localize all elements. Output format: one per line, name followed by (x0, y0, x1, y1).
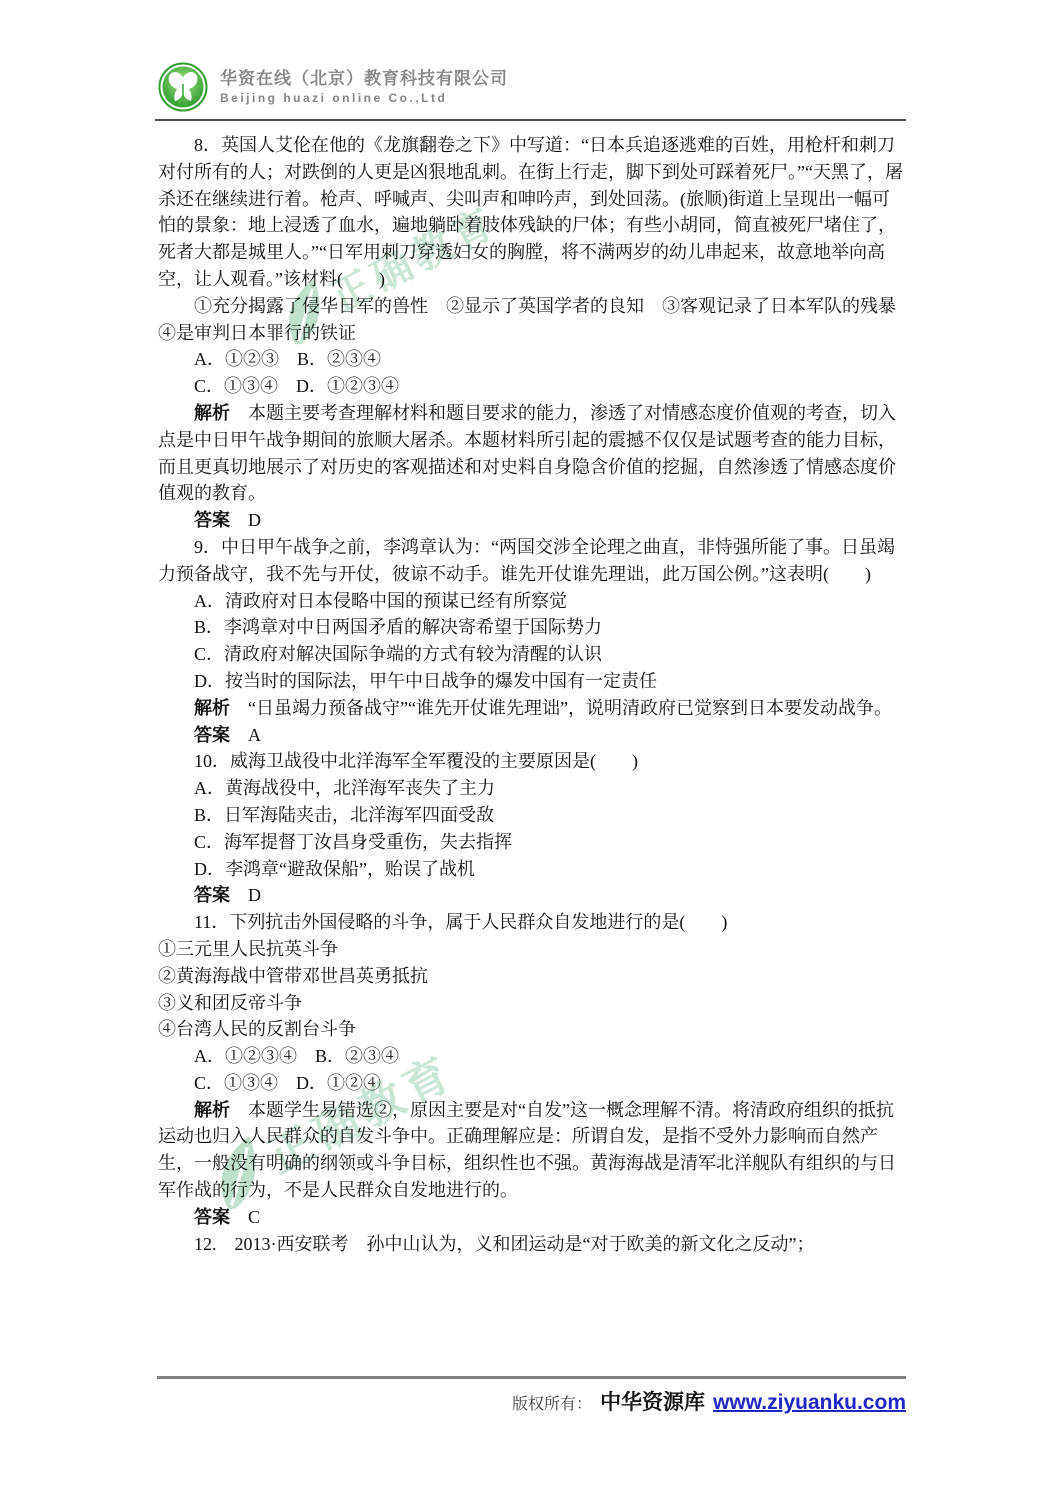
question-9-choice-b: B．李鸿章对中日两国矛盾的解决寄希望于国际势力 (158, 614, 906, 641)
question-10-choice-d: D．李鸿章“避敌保船”，贻误了战机 (158, 856, 906, 883)
header: 华资在线（北京）教育科技有限公司 Beijing huazi online Co… (158, 62, 508, 112)
paragraph-text: 本题学生易错选②，原因主要是对“自发”这一概念理解不清。将清政府组织的抵抗运动也… (158, 1100, 896, 1200)
question-9-choice-c: C．清政府对解决国际争端的方式有较为清醒的认识 (158, 641, 906, 668)
paragraph-label: 答案 (194, 885, 230, 905)
question-9-stem: 9．中日甲午战争之前，李鸿章认为：“两国交涉全论理之曲直，非恃强所能了事。日虽竭… (158, 534, 906, 588)
question-10-choice-b: B．日军海陆夹击，北洋海军四面受敌 (158, 802, 906, 829)
huazi-logo-icon (158, 62, 208, 112)
paragraph-label: 解析 (194, 1100, 230, 1120)
paragraph-label: 答案 (194, 1207, 230, 1227)
question-11-analysis: 解析 本题学生易错选②，原因主要是对“自发”这一概念理解不清。将清政府组织的抵抗… (158, 1097, 906, 1204)
header-divider (155, 119, 906, 121)
footer-divider (157, 1376, 906, 1379)
ziyuanku-link[interactable]: www.ziyuanku.com (713, 1391, 906, 1415)
paragraph-text: D (230, 885, 261, 905)
question-11-item-1: ①三元里人民抗英斗争 (158, 936, 906, 963)
paragraph-label: 解析 (194, 698, 230, 718)
question-11-choices-ab: A．①②③④ B．②③④ (158, 1043, 906, 1070)
question-11-choices-cd: C．①③④ D．①②④ (158, 1070, 906, 1097)
question-10-choice-a: A．黄海战役中，北洋海军丧失了主力 (158, 775, 906, 802)
company-name-block: 华资在线（北京）教育科技有限公司 Beijing huazi online Co… (220, 68, 508, 106)
question-11-item-4: ④台湾人民的反割台斗争 (158, 1016, 906, 1043)
question-10-stem: 10．威海卫战役中北洋海军全军覆没的主要原因是( ) (158, 748, 906, 775)
question-10-answer: 答案 D (158, 882, 906, 909)
document-page: 华资在线（北京）教育科技有限公司 Beijing huazi online Co… (0, 0, 1058, 1497)
footer: 版权所有： 中华资源库 www.ziyuanku.com (512, 1386, 906, 1416)
paragraph-text: “日虽竭力预备战守”“谁先开仗谁先理诎”，说明清政府已觉察到日本要发动战争。 (230, 698, 892, 718)
question-9-answer: 答案 A (158, 722, 906, 749)
question-8-analysis: 解析 本题主要考查理解材料和题目要求的能力，渗透了对情感态度价值观的考查，切入点… (158, 400, 906, 507)
question-9-choice-a: A．清政府对日本侵略中国的预谋已经有所察觉 (158, 588, 906, 615)
question-11-stem: 11．下列抗击外国侵略的斗争，属于人民群众自发地进行的是( ) (158, 909, 906, 936)
question-11-item-2: ②黄海海战中管带邓世昌英勇抵抗 (158, 963, 906, 990)
question-11-item-3: ③义和团反帝斗争 (158, 990, 906, 1017)
question-8-choices-ab: A．①②③ B．②③④ (158, 346, 906, 373)
copyright-label: 版权所有： (512, 1391, 592, 1414)
company-name-cn: 华资在线（北京）教育科技有限公司 (220, 68, 508, 90)
paragraph-label: 答案 (194, 725, 230, 745)
question-12-stem: 12. 2013·西安联考 孙中山认为，义和团运动是“对于欧美的新文化之反动”； (158, 1231, 906, 1258)
question-10-choice-c: C．海军提督丁汝昌身受重伤，失去指挥 (158, 829, 906, 856)
paragraph-label: 解析 (194, 403, 230, 423)
paragraph-text: D (230, 510, 261, 530)
document-body: 8．英国人艾伦在他的《龙旗翻卷之下》中写道：“日本兵追逐逃难的百姓，用枪杆和刺刀… (158, 132, 906, 1257)
question-8-stem: 8．英国人艾伦在他的《龙旗翻卷之下》中写道：“日本兵追逐逃难的百姓，用枪杆和刺刀… (158, 132, 906, 293)
company-name-en: Beijing huazi online Co.,Ltd (220, 90, 508, 106)
paragraph-text: 本题主要考查理解材料和题目要求的能力，渗透了对情感态度价值观的考查，切入点是中日… (158, 403, 896, 503)
paragraph-text: C (230, 1207, 260, 1227)
question-8-items: ①充分揭露了侵华日军的兽性 ②显示了英国学者的良知 ③客观记录了日本军队的残暴 … (158, 293, 906, 347)
brand-name: 中华资源库 (600, 1386, 705, 1416)
paragraph-text: A (230, 725, 261, 745)
question-8-answer: 答案 D (158, 507, 906, 534)
question-11-answer: 答案 C (158, 1204, 906, 1231)
question-9-choice-d: D．按当时的国际法，甲午中日战争的爆发中国有一定责任 (158, 668, 906, 695)
question-9-analysis: 解析 “日虽竭力预备战守”“谁先开仗谁先理诎”，说明清政府已觉察到日本要发动战争… (158, 695, 906, 722)
question-8-choices-cd: C．①③④ D．①②③④ (158, 373, 906, 400)
paragraph-label: 答案 (194, 510, 230, 530)
